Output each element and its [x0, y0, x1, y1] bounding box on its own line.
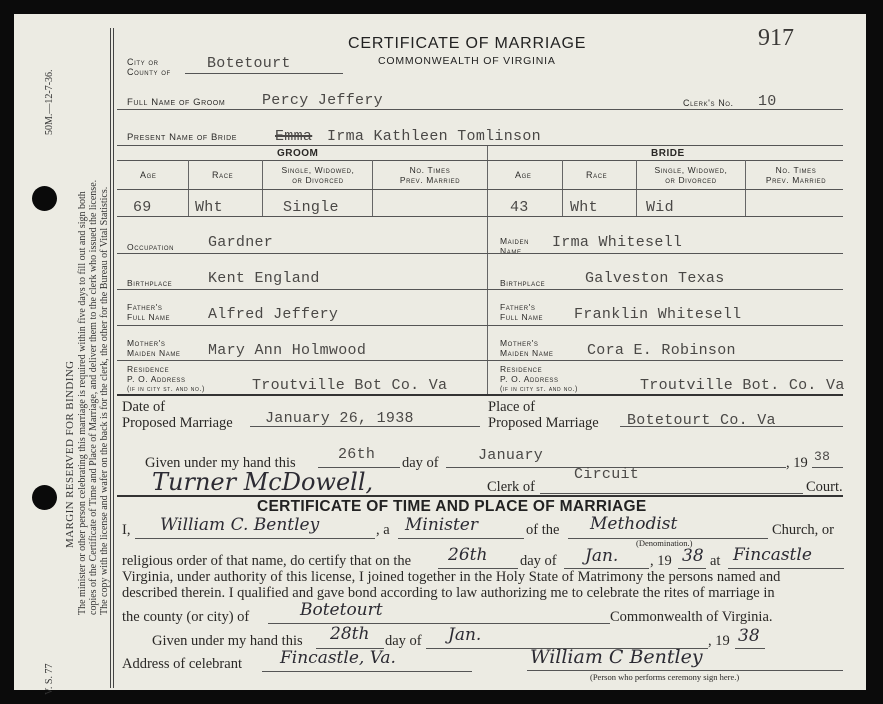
rule: [250, 426, 480, 427]
form-subtitle: COMMONWEALTH OF VIRGINIA: [378, 55, 556, 67]
sign-here-caption: (Person who performs ceremony sign here.…: [590, 672, 739, 682]
bride-residence: Troutville Bot. Co. Va: [640, 377, 845, 394]
cert-text-commonwealth: Commonwealth of Virginia.: [610, 609, 773, 626]
groom-name-value: Percy Jeffery: [262, 92, 383, 109]
margin-heading: MARGIN RESERVED FOR BINDING: [64, 361, 76, 548]
clerk-given-day: 26th: [338, 446, 375, 463]
margin-instruction-3: The copy with the license and wafer on t…: [99, 187, 110, 615]
groom-header: GROOM: [277, 148, 318, 159]
groom-mother-label: Mother'sMaiden Name: [127, 338, 181, 358]
rule: [527, 670, 843, 671]
cell-divider: [188, 160, 189, 216]
rule: [620, 426, 843, 427]
celebrant-address: Fincastle, Va.: [280, 648, 396, 668]
rule: [117, 360, 843, 361]
cert-text-given-19: , 19: [708, 633, 730, 650]
cert-text-19: , 19: [650, 553, 672, 570]
celebrant-signature: William C Bentley: [530, 646, 703, 668]
bride-struck-name: Emma: [275, 128, 312, 145]
cert-text-of-the: of the: [526, 522, 559, 539]
rule: [117, 109, 843, 110]
bride-race: Wht: [570, 199, 598, 216]
certificate-number: 917: [758, 25, 794, 52]
bride-mother-label: Mother'sMaiden Name: [500, 338, 554, 358]
groom-age: 69: [133, 199, 152, 216]
groom-birthplace-label: Birthplace: [127, 278, 172, 288]
rule: [117, 189, 843, 190]
groom-race-header: Race: [212, 170, 233, 180]
cert-text-county: the county (or city) of: [122, 609, 249, 626]
court-name: Circuit: [574, 466, 639, 483]
margin-instruction-1: The minister or other person celebrating…: [77, 191, 88, 615]
groom-occupation: Gardner: [208, 234, 273, 251]
rule: [117, 495, 843, 497]
bride-birthplace-label: Birthplace: [500, 278, 545, 288]
bride-residence-label: ResidenceP. O. Address(if in city st. an…: [500, 365, 578, 395]
rule: [117, 145, 843, 146]
celebrant-name: William C. Bentley: [160, 515, 319, 535]
rule: [185, 73, 343, 74]
groom-residence: Troutville Bot Co. Va: [252, 377, 447, 394]
bride-maiden-name: Irma Whitesell: [552, 234, 682, 251]
groom-name-label: Full Name of Groom: [127, 97, 225, 108]
county-label: City orCounty of: [127, 57, 171, 77]
cert-text-described: described therein. I qualified and gave …: [122, 585, 775, 602]
ceremony-place: Fincastle: [733, 545, 812, 565]
margin-rule: [113, 28, 114, 688]
bride-birthplace: Galveston Texas: [585, 270, 725, 287]
bride-father: Franklin Whitesell: [574, 306, 741, 323]
bride-father-label: Father'sFull Name: [500, 302, 543, 322]
clerk-given-year: 38: [814, 449, 830, 464]
cell-divider: [262, 160, 263, 216]
cert-text-day-of: day of: [520, 553, 557, 570]
bride-age: 43: [510, 199, 529, 216]
rule: [117, 325, 843, 326]
margin-instruction-2: copies of the Certificate of Time and Pl…: [88, 180, 99, 615]
print-code: 50M.—12-7-36.: [44, 69, 55, 135]
ceremony-year: 38: [682, 546, 704, 566]
cert-text-at: at: [710, 553, 720, 570]
binding-hole: [32, 485, 57, 510]
day-of-label: day of: [402, 455, 439, 472]
bride-age-header: Age: [515, 170, 531, 180]
binding-hole: [32, 186, 57, 211]
cert-text-a: , a: [376, 522, 390, 539]
cell-divider: [562, 160, 563, 216]
cell-divider: [372, 160, 373, 216]
rule: [540, 493, 803, 494]
date-of-proposed-marriage-label: Date ofProposed Marriage: [122, 399, 233, 431]
rule: [262, 671, 472, 672]
certificate-heading: CERTIFICATE OF TIME AND PLACE OF MARRIAG…: [257, 498, 646, 516]
groom-father: Alfred Jeffery: [208, 306, 338, 323]
clerk-given-month: January: [478, 447, 543, 464]
rule: [735, 648, 765, 649]
bride-status: Wid: [646, 199, 674, 216]
bride-name-label: Present Name of Bride: [127, 132, 237, 143]
rule: [117, 216, 843, 217]
celebrant-given-month: Jan.: [448, 625, 481, 645]
denomination: Methodist: [590, 514, 677, 534]
rule: [117, 160, 843, 161]
bride-race-header: Race: [586, 170, 607, 180]
rule: [398, 538, 524, 539]
groom-race: Wht: [195, 199, 223, 216]
cert-text-virginia: Virginia, under authority of this licens…: [122, 569, 780, 586]
groom-status: Single: [283, 199, 339, 216]
clerk-signature: Turner McDowell,: [152, 468, 373, 496]
year-prefix: , 19: [786, 455, 808, 472]
bride-name-value: Irma Kathleen Tomlinson: [327, 128, 541, 145]
cert-text-i: I,: [122, 522, 130, 539]
margin-rule: [110, 28, 111, 688]
rule: [812, 467, 843, 468]
clerks-no-label: Clerk's No.: [683, 98, 734, 108]
bride-times-header: No. TimesPrev. Married: [749, 165, 843, 185]
cell-divider: [636, 160, 637, 216]
groom-residence-label: ResidenceP. O. Address(if in city st. an…: [127, 365, 205, 395]
cert-text-address: Address of celebrant: [122, 656, 242, 673]
celebrant-title: Minister: [405, 515, 478, 535]
form-title: CERTIFICATE OF MARRIAGE: [348, 35, 586, 53]
clerks-no-value: 10: [758, 93, 777, 110]
rule: [135, 538, 375, 539]
celebrant-given-day: 28th: [330, 624, 369, 644]
proposed-date: January 26, 1938: [265, 410, 414, 427]
ceremony-month: Jan.: [585, 546, 618, 566]
groom-mother: Mary Ann Holmwood: [208, 342, 366, 359]
groom-birthplace: Kent England: [208, 270, 320, 287]
occupation-label: Occupation: [127, 242, 174, 252]
rule: [117, 253, 843, 254]
place-of-proposed-marriage-label: Place ofProposed Marriage: [488, 399, 599, 431]
column-divider: [487, 146, 488, 394]
form-code: V. S. 77: [44, 664, 55, 696]
rule: [117, 289, 843, 290]
groom-status-header: Single, Widowed,or Divorced: [268, 165, 368, 185]
rule: [268, 623, 610, 624]
cert-text-church: Church, or: [772, 522, 834, 539]
celebrant-given-year: 38: [738, 626, 760, 646]
ceremony-county: Botetourt: [300, 600, 383, 620]
cert-text-religious: religious order of that name, do certify…: [122, 553, 411, 570]
clerk-of-label: Clerk of: [487, 479, 535, 496]
groom-age-header: Age: [140, 170, 156, 180]
county-value: Botetourt: [207, 55, 291, 72]
groom-times-header: No. TimesPrev. Married: [376, 165, 484, 185]
bride-mother: Cora E. Robinson: [587, 342, 736, 359]
ceremony-day: 26th: [448, 545, 487, 565]
bride-status-header: Single, Widowed,or Divorced: [641, 165, 741, 185]
groom-father-label: Father'sFull Name: [127, 302, 170, 322]
cell-divider: [745, 160, 746, 216]
court-label: Court.: [806, 479, 843, 496]
rule: [117, 394, 843, 396]
bride-header: BRIDE: [651, 148, 685, 159]
